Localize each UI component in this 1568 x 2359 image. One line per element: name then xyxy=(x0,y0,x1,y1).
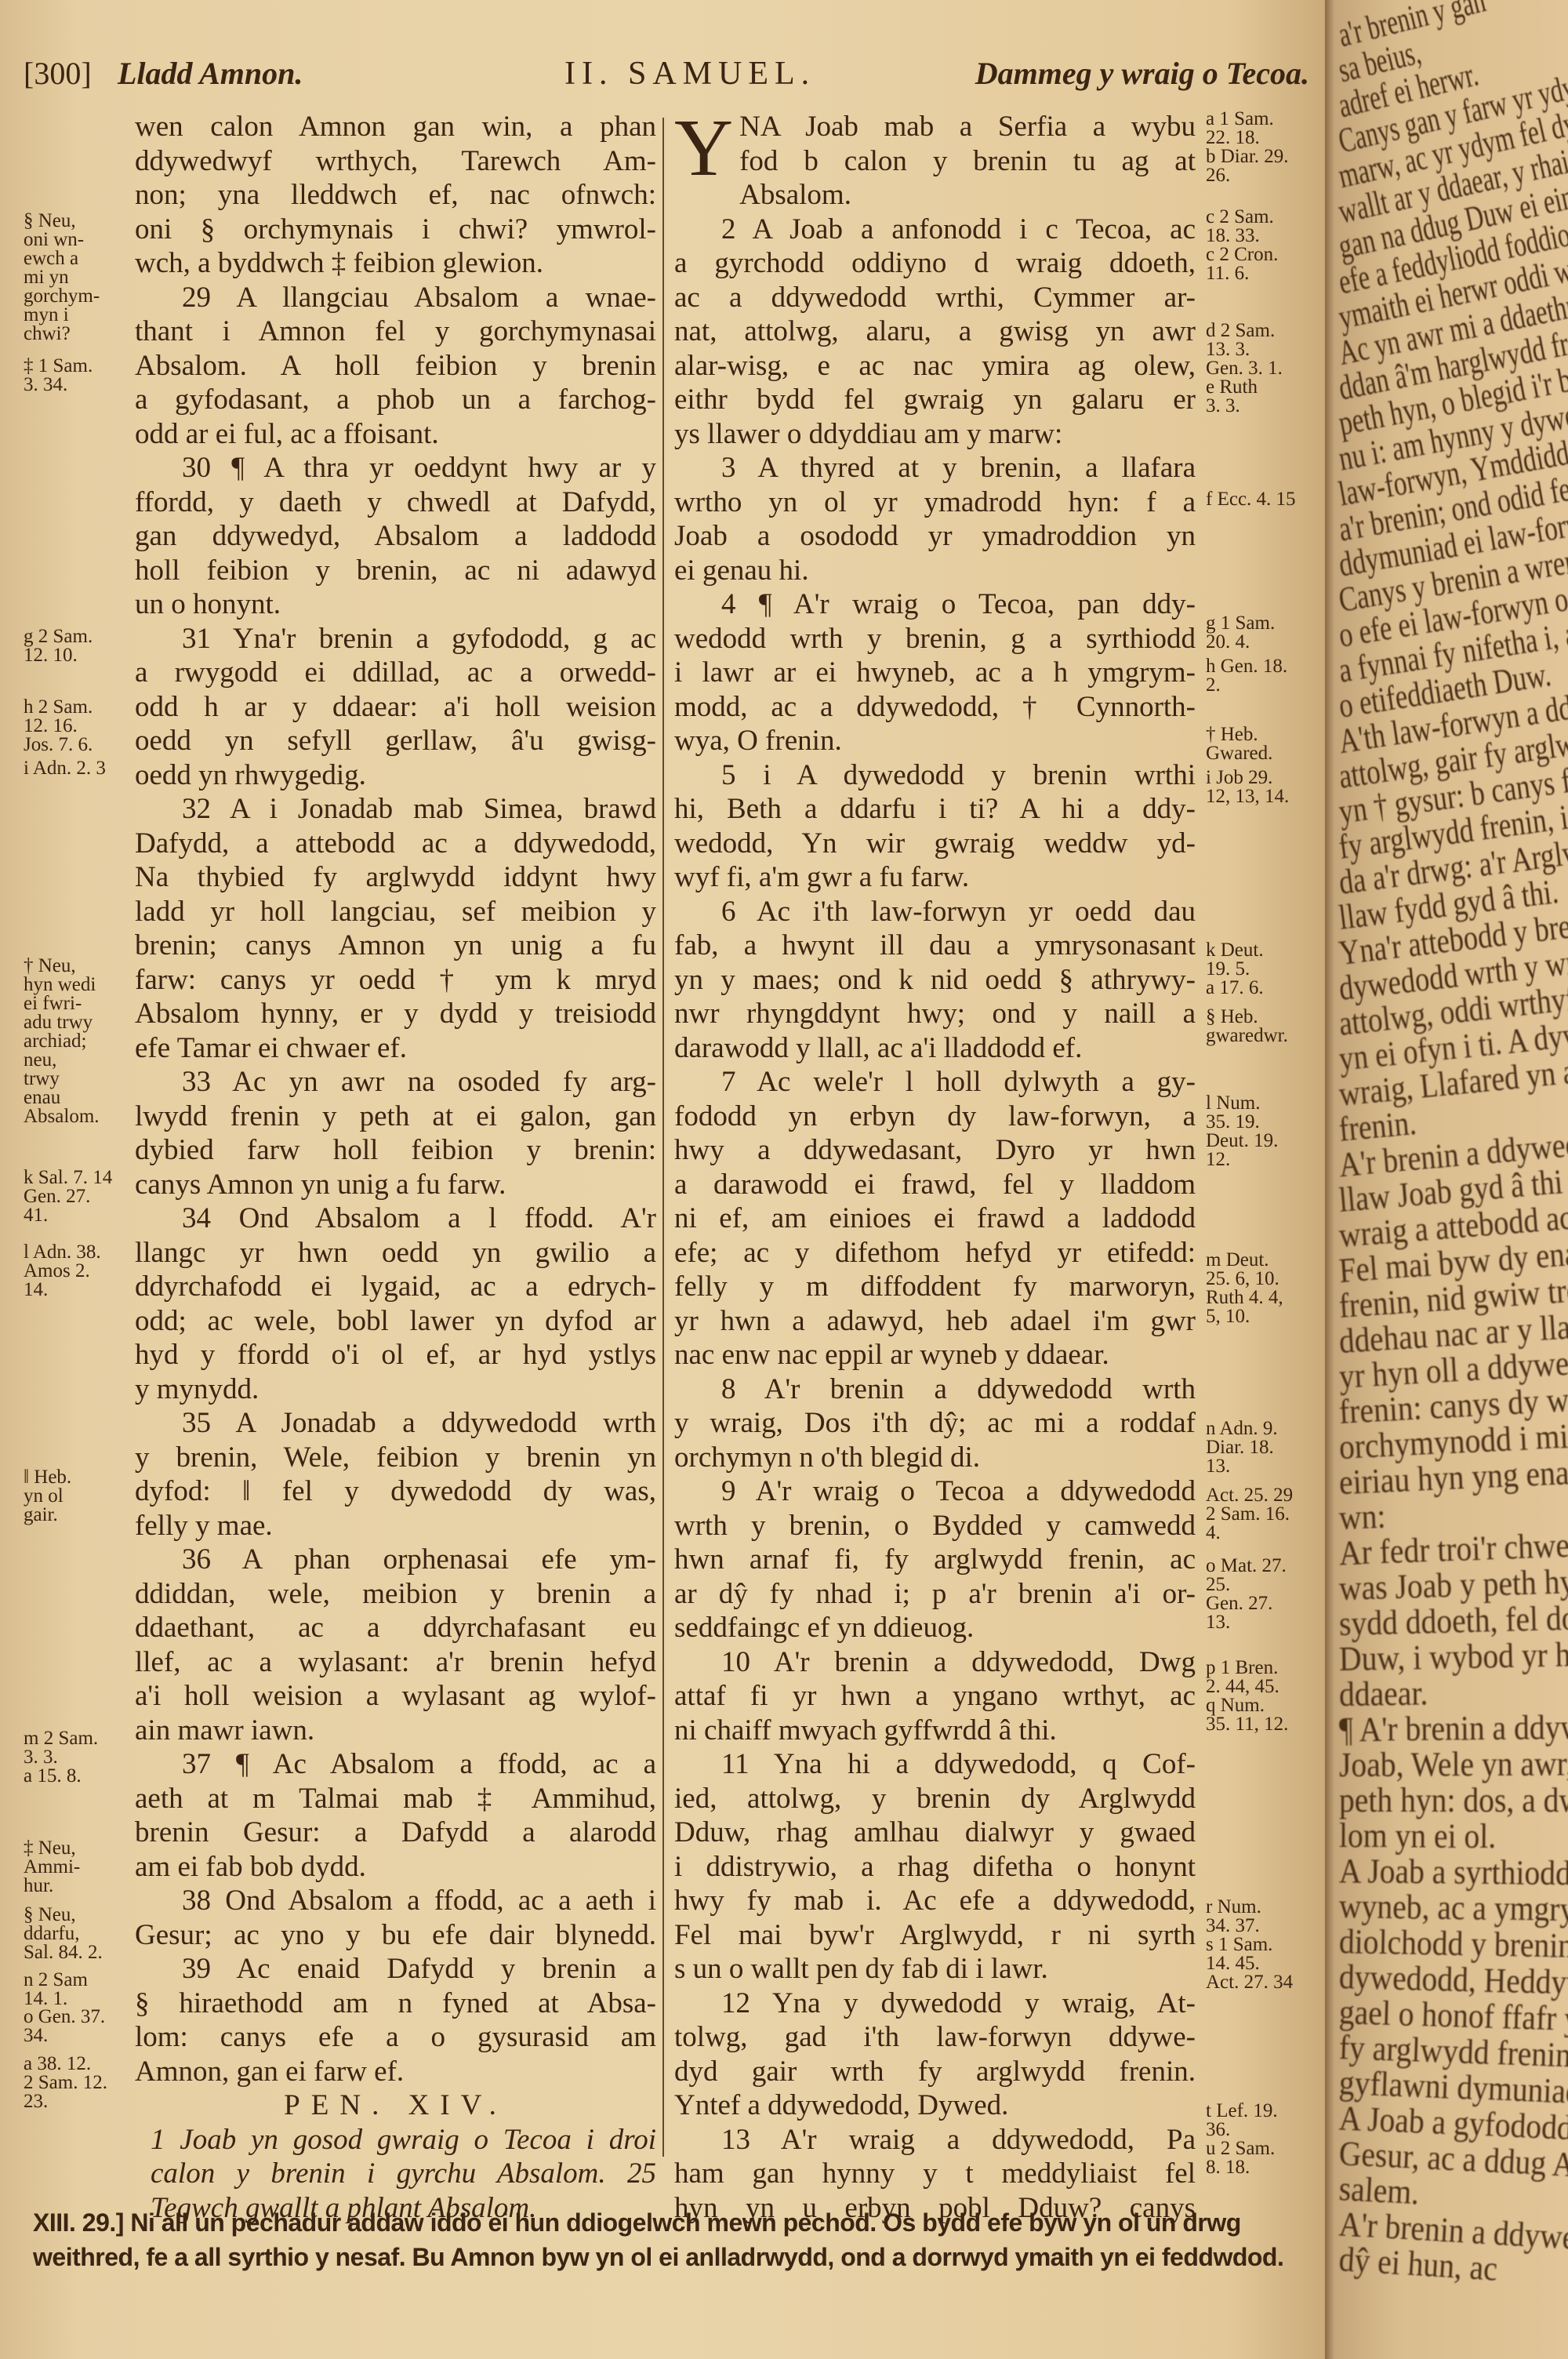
text-line: ys llawer o ddyddiau am y marw: xyxy=(674,417,1196,452)
text-line: Amnon, gan ei farw ef. xyxy=(135,2055,656,2089)
text-line: Yntef a ddywedodd, Dywed. xyxy=(674,2088,1196,2123)
text-line: odd ar ei ful, ac a ffoisant. xyxy=(135,417,656,452)
text-line: am ei fab bob dydd. xyxy=(135,1850,656,1885)
margin-note: k Deut. 19. 5. a 17. 6. xyxy=(1206,941,1264,998)
text-line: attaf fi yr hwn a yngano wrthyt, ac xyxy=(674,1679,1196,1714)
text-line: modd, ac a ddywedodd, † Cynnorth- xyxy=(674,690,1196,725)
text-line: 11 Yna hi a ddywedodd, q Cof- xyxy=(674,1747,1196,1782)
text-line: Joab a osododd yr ymadroddion yn xyxy=(674,519,1196,554)
margin-note: † Heb. Gwared. xyxy=(1206,725,1272,763)
text-line: oni § orchymynais i chwi? ymwrol- xyxy=(135,213,656,247)
opposite-page-line: lom yn ei ol. xyxy=(1339,1816,1496,1856)
text-line: 37 ¶ Ac Absalom a ffodd, ac a xyxy=(135,1747,656,1782)
text-line: fab, a hwynt ill dau a ymrysonasant xyxy=(674,929,1196,963)
text-line: lom: canys efe a o gysurasid am xyxy=(135,2020,656,2055)
text-line: oedd yn rhwygedig. xyxy=(135,758,656,793)
text-line: dyfod: ‖ fel y dywedodd dy was, xyxy=(135,1474,656,1509)
text-line: 8 A'r brenin a ddywedodd wrth xyxy=(674,1372,1196,1407)
text-line: ddaethant, ac a ddyrchafasant eu xyxy=(135,1611,656,1645)
margin-note: Act. 25. 29 2 Sam. 16. 4. xyxy=(1206,1486,1293,1543)
margin-note: § Heb. gwaredwr. xyxy=(1206,1008,1288,1045)
margin-note: o Mat. 27. 25. Gen. 27. 13. xyxy=(1206,1557,1287,1632)
margin-note: § Neu, oni wn- ewch a mi yn gorchym- myn… xyxy=(24,212,100,343)
text-line: efe; ac y difethom hefyd yr etifedd: xyxy=(674,1236,1196,1270)
text-line: ac a ddywedodd wrthi, Cymmer ar- xyxy=(674,281,1196,315)
text-line: 13 A'r wraig a ddywedodd, Pa xyxy=(674,2123,1196,2157)
margin-note: t Lef. 19. 36. u 2 Sam. 8. 18. xyxy=(1206,2102,1278,2177)
text-line: s un o wallt pen dy fab di i lawr. xyxy=(674,1952,1196,1986)
margin-note: n Adn. 9. Diar. 18. 13. xyxy=(1206,1419,1278,1476)
text-line: llangc yr hwn oedd yn gwilio a xyxy=(135,1236,656,1270)
text-line: 2 A Joab a anfonodd i c Tecoa, ac xyxy=(674,213,1196,247)
margin-note: ‡ 1 Sam. 3. 34. xyxy=(24,357,93,394)
text-line: canys Amnon yn unig a fu farw. xyxy=(135,1168,656,1202)
text-line: fod b calon y brenin tu ag at xyxy=(674,144,1196,179)
text-line: hyd y ffordd o'i ol ef, ar hyd ystlys xyxy=(135,1338,656,1372)
text-line: i ddistrywio, a rhag difetha o honynt xyxy=(674,1850,1196,1885)
text-line: wyf fi, a'm gwr a fu farw. xyxy=(674,860,1196,895)
margin-note: † Neu, hyn wedi ei fwri- adu trwy archia… xyxy=(24,957,100,1126)
chapter-footnote: XIII. 29.] Ni all un pechadur addaw iddo… xyxy=(33,2205,1303,2274)
margin-note: k Sal. 7. 14 Gen. 27. 41. xyxy=(24,1169,112,1225)
margin-note: o Gen. 37. 34. xyxy=(24,2008,105,2045)
drop-cap: Y xyxy=(674,113,733,184)
text-line: fododd yn erbyn dy law-forwyn, a xyxy=(674,1100,1196,1134)
opposite-page-line: Joab, Wele yn awr, gwnae xyxy=(1339,1743,1568,1785)
text-line: 36 A phan orphenasai efe ym- xyxy=(135,1543,656,1577)
text-line: ni chaiff mwyach gyffwrdd â thi. xyxy=(674,1714,1196,1748)
text-line: ar dŷ fy nhad i; p a'r brenin a'i or- xyxy=(674,1577,1196,1612)
text-line: wedodd, Yn wir gwraig weddw yd- xyxy=(674,827,1196,861)
opposite-page-line: peth hyn: dos, a dwg y llan xyxy=(1339,1780,1568,1820)
text-line: y brenin, Wele, feibion y brenin yn xyxy=(135,1441,656,1475)
right-running-title: Dammeg y wraig o Tecoa. xyxy=(975,55,1309,92)
text-line: Na thybied fy arglwydd iddynt hwy xyxy=(135,860,656,895)
opposite-page-line: Duw, i wybod yr hyn oll xyxy=(1339,1634,1568,1679)
margin-note: h 2 Sam. 12. 16. Jos. 7. 6. xyxy=(24,698,93,754)
text-line: a gyrchodd oddiyno d wraig ddoeth, xyxy=(674,246,1196,281)
opposite-page-edge: a'r brenin y gansa beius,adref ei herwr.… xyxy=(1325,0,1568,2359)
text-line: hwy fy mab i. Ac efe a ddywedodd, xyxy=(674,1884,1196,1918)
text-line: lwydd frenin y peth at ei galon, gan xyxy=(135,1100,656,1134)
margin-note: l Num. 35. 19. Deut. 19. 12. xyxy=(1206,1094,1278,1169)
text-line: seddfaingc ef yn ddieuog. xyxy=(674,1611,1196,1645)
margin-note: g 1 Sam. 20. 4. xyxy=(1206,614,1275,652)
text-line: felly y mae. xyxy=(135,1509,656,1543)
text-line: a'i holl weision a wylasant ag wylof- xyxy=(135,1679,656,1714)
text-line: tolwg, gad i'th law-forwyn ddywe- xyxy=(674,2020,1196,2055)
right-text-column: Y NA Joab mab a Serfia a wybufod b calon… xyxy=(674,110,1196,2225)
text-line: holl feibion y brenin, ac ni adawyd xyxy=(135,554,656,588)
margin-note: ‡ Neu, Ammi- hur. xyxy=(24,1839,80,1896)
text-line: 5 i A dywedodd y brenin wrthi xyxy=(674,758,1196,793)
text-line: 39 Ac enaid Dafydd y brenin a xyxy=(135,1952,656,1986)
text-line: 31 Yna'r brenin a gyfododd, g ac xyxy=(135,622,656,656)
text-line: ddyrchafodd ei lygaid, ac a edrych- xyxy=(135,1270,656,1304)
margin-note: p 1 Bren. 2. 44, 45. q Num. 35. 11, 12. xyxy=(1206,1659,1288,1734)
text-line: Dafydd, a attebodd ac a ddywedodd, xyxy=(135,827,656,861)
margin-note: c 2 Sam. 18. 33. c 2 Cron. 11. 6. xyxy=(1206,208,1278,283)
text-line: yn y maes; ond k nid oedd § athrywy- xyxy=(674,963,1196,998)
text-line: wch, a byddwch ‡ feibion glewion. xyxy=(135,246,656,281)
margin-note: ‖ Heb. yn ol gair. xyxy=(24,1468,71,1525)
text-line: Absalom. A holl feibion y brenin xyxy=(135,349,656,383)
text-line: odd; ac wele, bobl lawer yn dyfod ar xyxy=(135,1304,656,1339)
margin-note: r Num. 34. 37. s 1 Sam. 14. 45. Act. 27.… xyxy=(1206,1898,1293,1992)
text-line: thant i Amnon fel y gorchymynasai xyxy=(135,314,656,349)
margin-note: l Adn. 38. Amos 2. 14. xyxy=(24,1243,101,1299)
page-number: [300] xyxy=(24,55,92,92)
text-line: y wraig, Dos i'th dŷ; ac mi a roddaf xyxy=(674,1406,1196,1441)
text-line: hwy a ddywedasant, Dyro yr hwn xyxy=(674,1133,1196,1168)
margin-note: § Neu, ddarfu, Sal. 84. 2. xyxy=(24,1906,103,1962)
text-line: wrtho yn ol yr ymadrodd hyn: f a xyxy=(674,485,1196,520)
text-line: ied, attolwg, y brenin dy Arglwydd xyxy=(674,1782,1196,1816)
text-line: wrth y brenin, o Bydded y camwedd xyxy=(674,1509,1196,1543)
text-line: wen calon Amnon gan win, a phan xyxy=(135,110,656,144)
text-line: 10 A'r brenin a ddywedodd, Dwg xyxy=(674,1645,1196,1680)
text-line: 35 A Jonadab a ddywedodd wrth xyxy=(135,1406,656,1441)
text-line: a gyfodasant, a phob un a farchog- xyxy=(135,383,656,417)
text-line: ain mawr iawn. xyxy=(135,1714,656,1748)
text-line: ni ef, am einioes ei frawd a laddodd xyxy=(674,1201,1196,1236)
text-line: 30 ¶ A thra yr oeddynt hwy ar y xyxy=(135,451,656,485)
left-running-title: Lladd Amnon. xyxy=(118,55,303,92)
text-line: gan ddywedyd, Absalom a laddodd xyxy=(135,519,656,554)
text-line: a rwygodd ei ddillad, ac a orwedd- xyxy=(135,656,656,690)
text-line: 29 A llangciau Absalom a wnae- xyxy=(135,281,656,315)
text-line: i lawr ar ei hwyneb, ac a h ymgrym- xyxy=(674,656,1196,690)
text-line: 33 Ac yn awr na osoded fy arg- xyxy=(135,1065,656,1100)
text-line: Gesur; ac yno y bu efe dair blynedd. xyxy=(135,1918,656,1953)
text-line: calon y brenin i gyrchu Absalom. 25 xyxy=(135,2157,656,2191)
margin-note: i Job 29. 12, 13, 14. xyxy=(1206,769,1289,806)
book-title: II. SAMUEL. xyxy=(564,55,815,93)
text-line: oedd yn sefyll gerllaw, â'u gwisg- xyxy=(135,724,656,758)
text-line: 34 Ond Absalom a l ffodd. A'r xyxy=(135,1201,656,1236)
text-line: wedodd wrth y brenin, g a syrthiodd xyxy=(674,622,1196,656)
text-line: ddiddan, wele, meibion y brenin a xyxy=(135,1577,656,1612)
text-line: aeth at m Talmai mab ‡ Ammihud, xyxy=(135,1782,656,1816)
text-line: Absalom. xyxy=(674,178,1196,213)
margin-note: a 1 Sam. 22. 18. b Diar. 29. 26. xyxy=(1206,110,1289,185)
text-line: brenin Gesur: a Dafydd a alarodd xyxy=(135,1816,656,1850)
text-line: 12 Yna y dywedodd y wraig, At- xyxy=(674,1986,1196,2021)
text-line: wya, O frenin. xyxy=(674,724,1196,758)
text-line: y mynydd. xyxy=(135,1372,656,1407)
text-line: nac enw nac eppil ar wyneb y ddaear. xyxy=(674,1338,1196,1372)
text-line: nat, attolwg, alaru, a gwisg yn awr xyxy=(674,314,1196,349)
text-line: hi, Beth a ddarfu i ti? A hi a ddy- xyxy=(674,792,1196,827)
text-line: 7 Ac wele'r l holl dylwyth a gy- xyxy=(674,1065,1196,1100)
column-divider xyxy=(662,118,664,2157)
text-line: ham gan hynny y t meddyliaist fel xyxy=(674,2157,1196,2191)
text-line: nwr rhyngddynt hwy; ond y naill a xyxy=(674,997,1196,1031)
text-line: farw: canys yr oedd † ym k mryd xyxy=(135,963,656,998)
text-line: NA Joab mab a Serfia a wybu xyxy=(674,110,1196,144)
left-text-column: wen calon Amnon gan win, a phanddywedwyf… xyxy=(135,110,656,2225)
text-line: Dduw, rhag amlhau dialwyr y gwaed xyxy=(674,1816,1196,1850)
text-line: ei genau hi. xyxy=(674,554,1196,588)
text-line: llef, ac a wylasant: a'r brenin hefyd xyxy=(135,1645,656,1680)
margin-note: g 2 Sam. 12. 10. xyxy=(24,627,93,665)
text-line: 9 A'r wraig o Tecoa a ddywedodd xyxy=(674,1474,1196,1509)
margin-note: n 2 Sam 14. 1. xyxy=(24,1971,88,2008)
margin-note: m 2 Sam. 3. 3. a 15. 8. xyxy=(24,1729,98,1786)
text-line: PEN. XIV. xyxy=(135,2088,656,2123)
margin-note: d 2 Sam. 13. 3. Gen. 3. 1. e Ruth 3. 3. xyxy=(1206,322,1283,416)
text-line: brenin; canys Amnon yn unig a fu xyxy=(135,929,656,963)
text-line: a darawodd ei frawd, fel y lladdom xyxy=(674,1168,1196,1202)
text-line: yr hwn a adawyd, heb adael i'm gwr xyxy=(674,1304,1196,1339)
text-line: dybied farw holl feibion y brenin: xyxy=(135,1133,656,1168)
text-line: felly y m diffoddent fy marworyn, xyxy=(674,1270,1196,1304)
text-line: 32 A i Jonadab mab Simea, brawd xyxy=(135,792,656,827)
text-line: dyd gair wrth fy arglwydd frenin. xyxy=(674,2055,1196,2089)
text-line: ddywedwyf wrthych, Tarewch Am- xyxy=(135,144,656,179)
text-line: 6 Ac i'th law-forwyn yr oedd dau xyxy=(674,895,1196,929)
text-line: Fel mai byw'r Arglwydd, r ni syrth xyxy=(674,1918,1196,1953)
margin-note: h Gen. 18. 2. xyxy=(1206,657,1287,695)
text-line: alar-wisg, e ac nac ymira ag olew, xyxy=(674,349,1196,383)
text-line: § hiraethodd am n fyned at Absa- xyxy=(135,1986,656,2021)
text-line: 38 Ond Absalom a ffodd, ac a aeth i xyxy=(135,1884,656,1918)
text-line: 3 A thyred at y brenin, a llafara xyxy=(674,451,1196,485)
book-page: [300] Lladd Amnon. II. SAMUEL. Dammeg y … xyxy=(0,0,1333,2359)
text-line: un o honynt. xyxy=(135,587,656,622)
margin-note: i Adn. 2. 3 xyxy=(24,759,106,778)
text-line: ffordd, y daeth y chwedl at Dafydd, xyxy=(135,485,656,520)
text-line: non; yna lleddwch ef, nac ofnwch: xyxy=(135,178,656,213)
margin-note: m Deut. 25. 6, 10. Ruth 4. 4, 5, 10. xyxy=(1206,1251,1283,1326)
text-line: odd h ar y ddaear: a'i holl weision xyxy=(135,690,656,725)
text-line: ladd yr holl langciau, sef meibion y xyxy=(135,895,656,929)
text-line: 1 Joab yn gosod gwraig o Tecoa i droi xyxy=(135,2123,656,2157)
text-line: darawodd y llall, ac a'i lladdodd ef. xyxy=(674,1031,1196,1066)
text-line: Absalom hynny, er y dydd y treisiodd xyxy=(135,997,656,1031)
margin-note: a 38. 12. 2 Sam. 12. 23. xyxy=(24,2055,107,2111)
running-header: [300] Lladd Amnon. II. SAMUEL. Dammeg y … xyxy=(24,55,1309,102)
text-line: 4 ¶ A'r wraig o Tecoa, pan ddy- xyxy=(674,587,1196,622)
text-line: hwn arnaf fi, fy arglwydd frenin, ac xyxy=(674,1543,1196,1577)
text-line: efe Tamar ei chwaer ef. xyxy=(135,1031,656,1066)
text-line: eithr bydd fel gwraig yn galaru er xyxy=(674,383,1196,417)
margin-note: f Ecc. 4. 15 xyxy=(1206,490,1296,509)
text-line: orchymyn n o'th blegid di. xyxy=(674,1441,1196,1475)
